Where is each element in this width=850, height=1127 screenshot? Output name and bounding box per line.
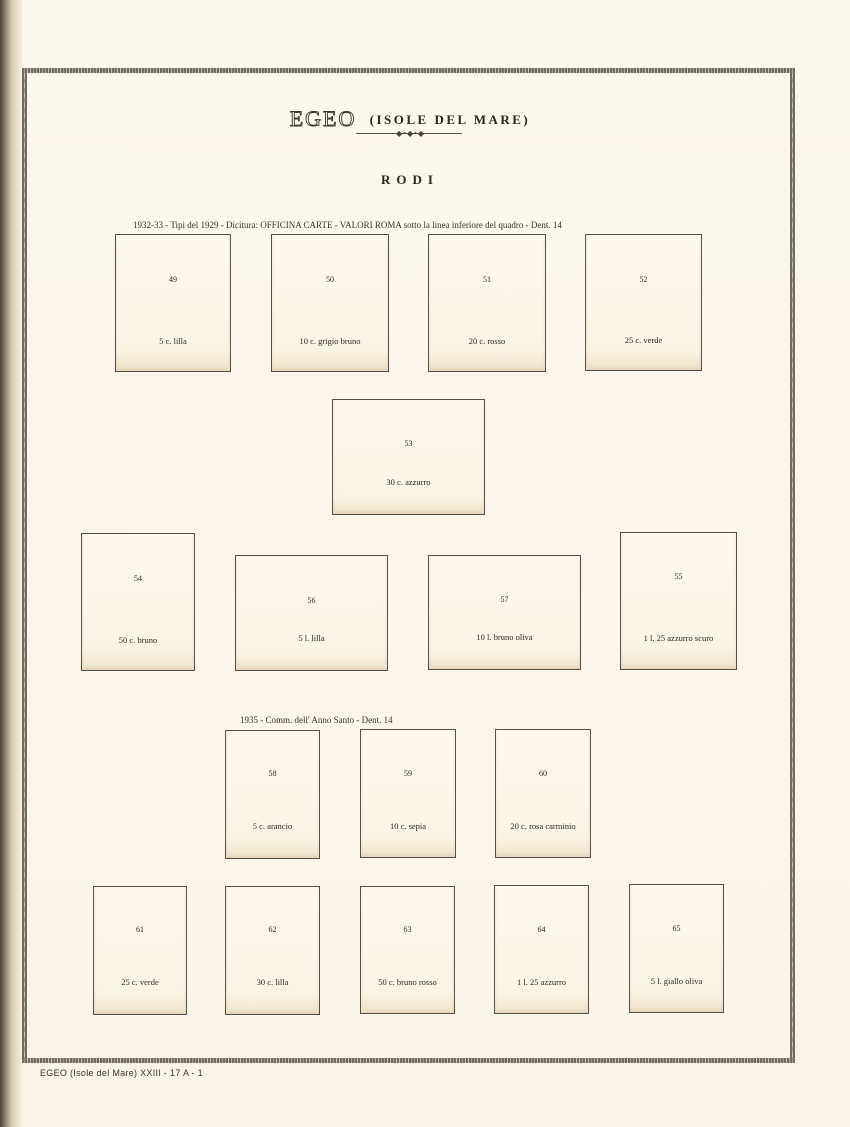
stamp-space: 65 5 l. giallo oliva bbox=[629, 884, 724, 1013]
stamp-space: 61 25 c. verde bbox=[93, 886, 187, 1015]
album-spine-shadow bbox=[0, 0, 22, 1127]
stamp-number: 56 bbox=[236, 596, 387, 605]
stamp-number: 52 bbox=[586, 275, 701, 284]
stamp-space: 52 25 c. verde bbox=[585, 234, 702, 371]
stamp-space: 50 10 c. grigio bruno bbox=[271, 234, 389, 372]
stamp-number: 61 bbox=[94, 925, 186, 934]
stamp-space: 63 50 c. bruno rosso bbox=[360, 886, 455, 1014]
stamp-number: 57 bbox=[429, 595, 580, 604]
stamp-space: 51 20 c. rosso bbox=[428, 234, 546, 372]
series-caption-1932: 1932-33 - Tipi del 1929 - Dicitura: OFFI… bbox=[133, 220, 562, 230]
stamp-description: 25 c. verde bbox=[586, 335, 701, 345]
stamp-number: 49 bbox=[116, 275, 230, 284]
stamp-number: 55 bbox=[621, 572, 736, 581]
section-title: RODI bbox=[0, 172, 820, 188]
stamp-description: 5 c. arancio bbox=[226, 821, 319, 831]
stamp-description: 20 c. rosa carminio bbox=[496, 821, 590, 831]
stamp-description: 50 c. bruno rosso bbox=[361, 977, 454, 987]
stamp-number: 62 bbox=[226, 925, 319, 934]
stamp-number: 51 bbox=[429, 275, 545, 284]
stamp-number: 53 bbox=[333, 439, 484, 448]
stamp-description: 5 c. lilla bbox=[116, 336, 230, 346]
stamp-description: 1 l. 25 azzurro bbox=[495, 977, 588, 987]
page-title-subheading: (ISOLE DEL MARE) bbox=[370, 112, 531, 127]
stamp-number: 50 bbox=[272, 275, 388, 284]
page-footer: EGEO (Isole del Mare) XXIII - 17 A - 1 bbox=[40, 1068, 203, 1078]
stamp-description: 10 c. sepia bbox=[361, 821, 455, 831]
stamp-description: 5 l. giallo oliva bbox=[630, 976, 723, 986]
stamp-space: 54 50 c. bruno bbox=[81, 533, 195, 671]
stamp-space: 64 1 l. 25 azzurro bbox=[494, 885, 589, 1014]
stamp-description: 10 l. bruno oliva bbox=[429, 632, 580, 642]
stamp-description: 10 c. grigio bruno bbox=[272, 336, 388, 346]
stamp-number: 60 bbox=[496, 769, 590, 778]
stamp-description: 5 l. lilla bbox=[236, 633, 387, 643]
stamp-number: 54 bbox=[82, 574, 194, 583]
divider-ornament-icon: ◆•◆•◆ bbox=[396, 129, 425, 138]
stamp-description: 20 c. rosso bbox=[429, 336, 545, 346]
stamp-number: 63 bbox=[361, 925, 454, 934]
stamp-description: 30 c. azzurro bbox=[333, 477, 484, 487]
stamp-space: 60 20 c. rosa carminio bbox=[495, 729, 591, 858]
stamp-space: 58 5 c. arancio bbox=[225, 730, 320, 859]
stamp-number: 64 bbox=[495, 925, 588, 934]
stamp-description: 30 c. lilla bbox=[226, 977, 319, 987]
stamp-space: 55 1 l. 25 azzurro scuro bbox=[620, 532, 737, 670]
stamp-description: 25 c. verde bbox=[94, 977, 186, 987]
stamp-description: 50 c. bruno bbox=[82, 635, 194, 645]
stamp-number: 65 bbox=[630, 924, 723, 933]
stamp-space: 56 5 l. lilla bbox=[235, 555, 388, 671]
stamp-description: 1 l. 25 azzurro scuro bbox=[621, 633, 736, 643]
stamp-space: 53 30 c. azzurro bbox=[332, 399, 485, 515]
stamp-space: 62 30 c. lilla bbox=[225, 886, 320, 1015]
stamp-number: 58 bbox=[226, 769, 319, 778]
stamp-space: 57 10 l. bruno oliva bbox=[428, 555, 581, 670]
stamp-number: 59 bbox=[361, 769, 455, 778]
stamp-space: 49 5 c. lilla bbox=[115, 234, 231, 372]
stamp-space: 59 10 c. sepia bbox=[360, 729, 456, 858]
series-caption-1935: 1935 - Comm. dell' Anno Santo - Dent. 14 bbox=[240, 715, 393, 725]
page-title-main: EGEO bbox=[290, 106, 357, 131]
